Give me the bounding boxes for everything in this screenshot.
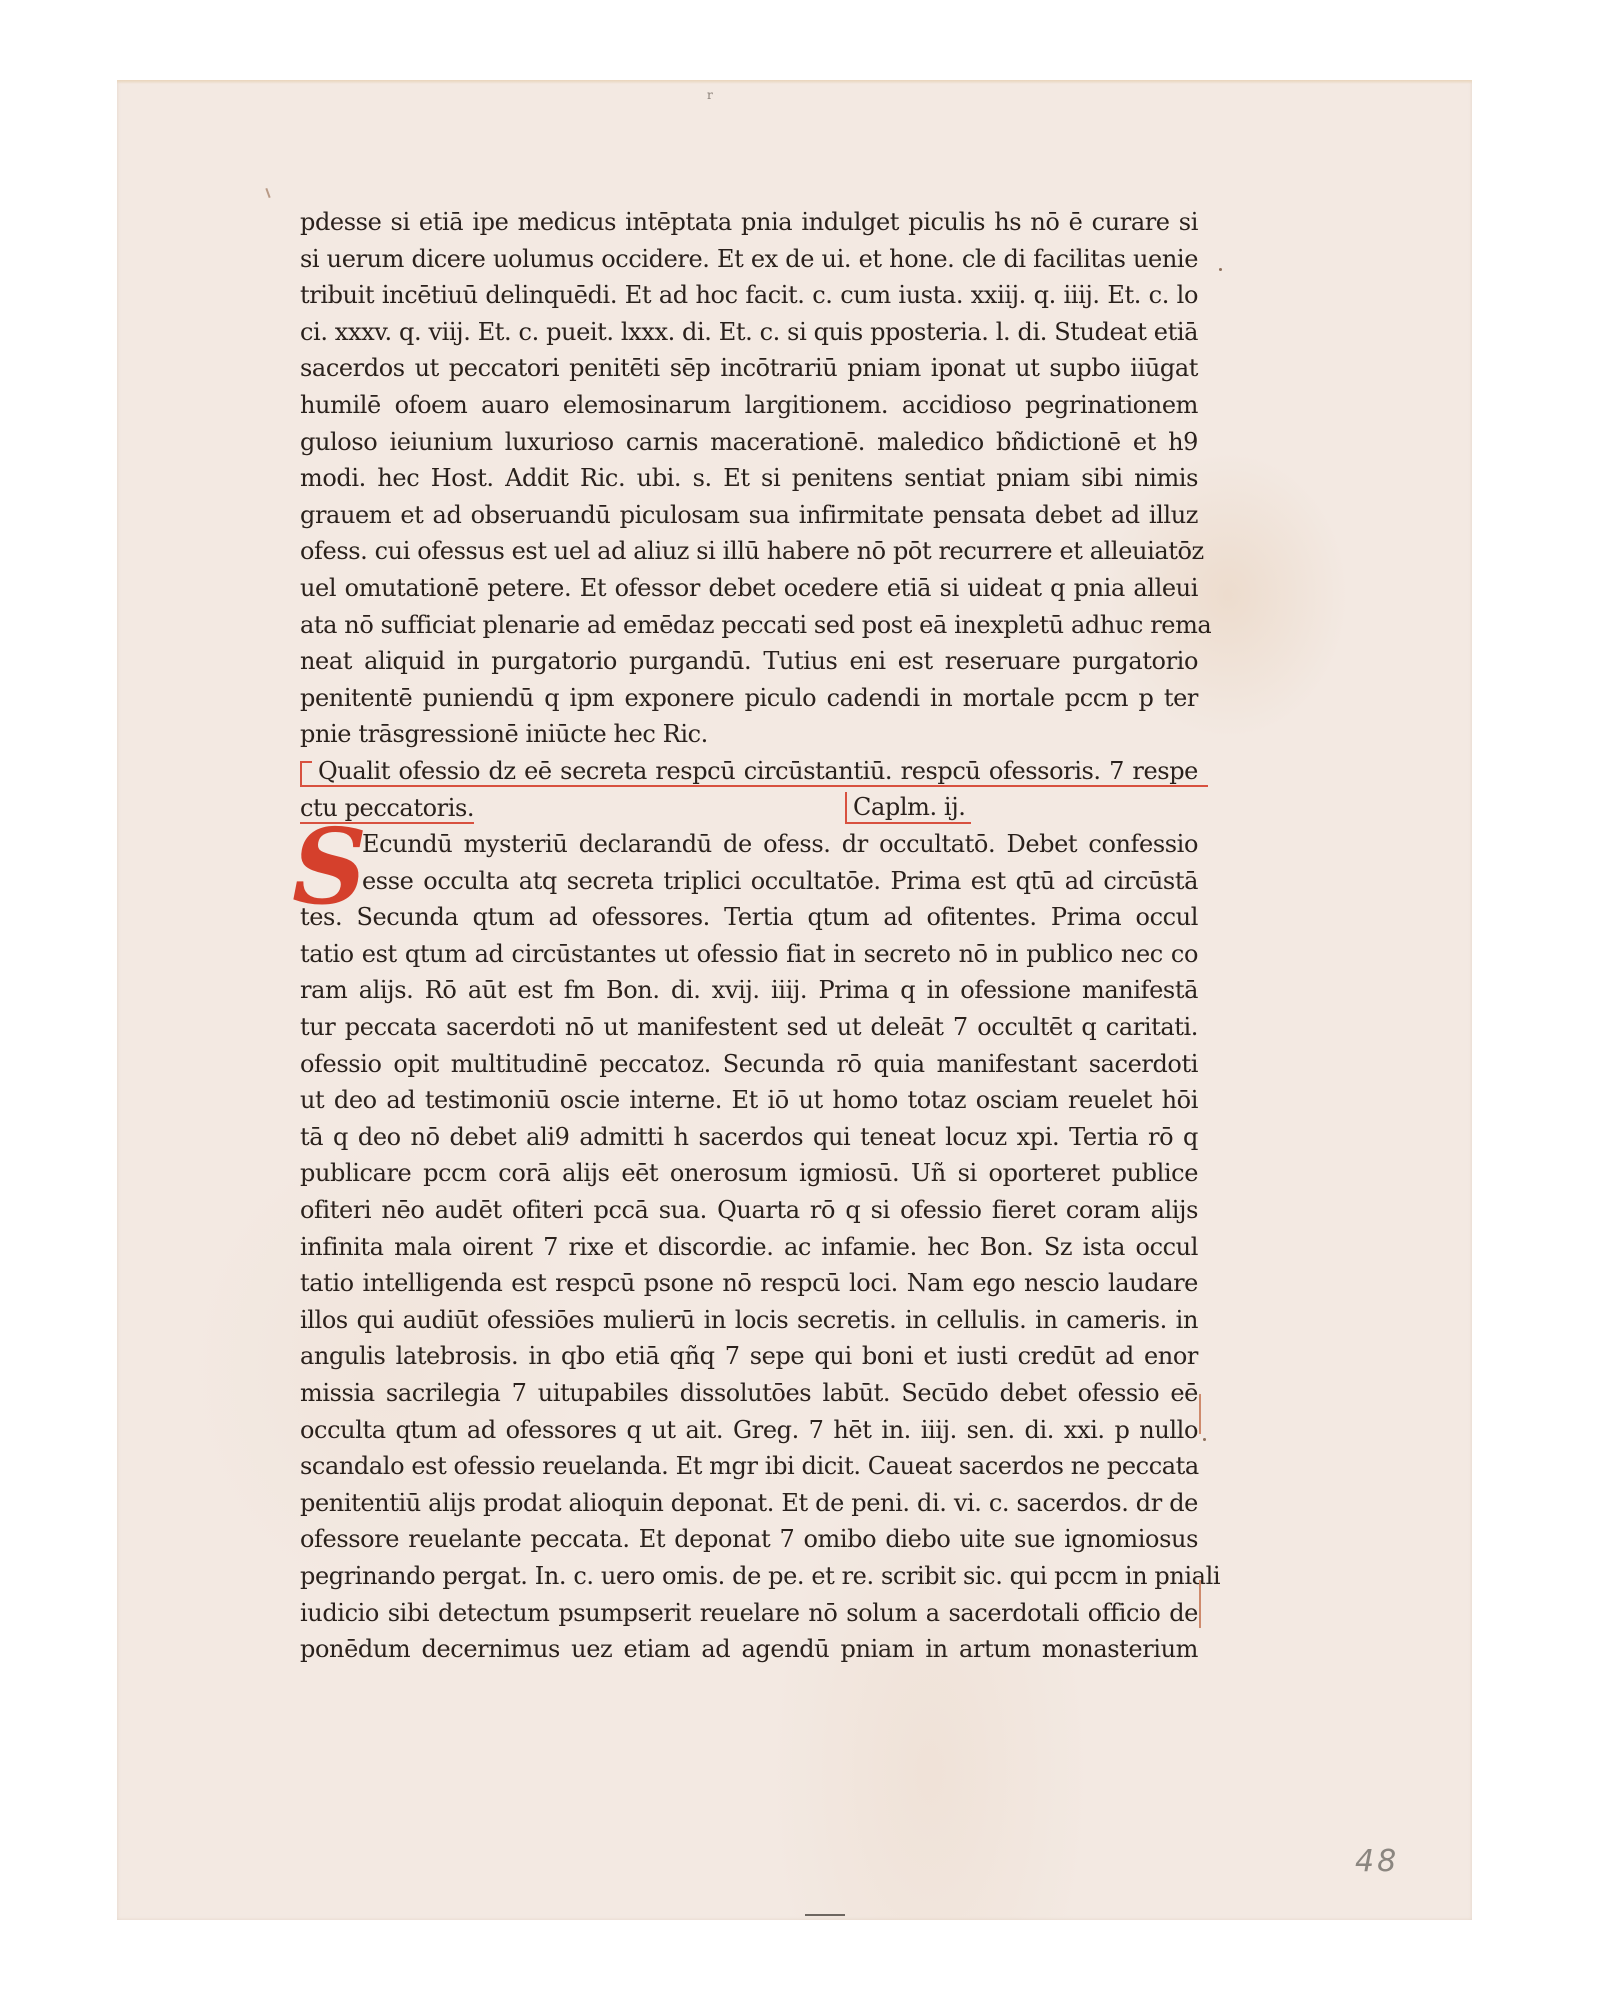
text-line: infinita mala oirent 7 rixe et discordie… xyxy=(300,1229,1198,1266)
text-line: pnie trāsgressionē iniūcte hec Ric. xyxy=(300,716,1198,753)
text-line: ci. xxxv. q. viij. Et. c. pueit. lxxx. d… xyxy=(300,314,1198,351)
text-line: modi. hec Host. Addit Ric. ubi. s. Et si… xyxy=(300,460,1198,497)
text-line: ofessore reuelante peccata. Et deponat 7… xyxy=(300,1521,1198,1558)
margin-dot xyxy=(1203,1438,1206,1441)
text-line: ata nō sufficiat plenarie ad emēdaz pecc… xyxy=(300,607,1198,644)
text-line: tribuit incētiuū delinquēdi. Et ad hoc f… xyxy=(300,277,1198,314)
text-line: missia sacrilegia 7 uitupabiles dissolut… xyxy=(300,1375,1198,1412)
margin-rule xyxy=(1199,1580,1201,1628)
text-line: ram alijs. Rō aūt est fm Bon. di. xvij. … xyxy=(300,972,1198,1009)
text-line: tā q deo nō debet ali9 admitti h sacerdo… xyxy=(300,1119,1198,1156)
text-line: pdesse si etiā ipe medicus intēptata pni… xyxy=(300,204,1198,241)
chapter-heading: Qualit ofessio dz eē secreta respcū circ… xyxy=(300,753,1198,790)
chapter-heading-continued: ctu peccatoris. Caplm. ij. xyxy=(300,790,1198,827)
text-block: pdesse si etiā ipe medicus intēptata pni… xyxy=(300,204,1198,1668)
text-line: neat aliquid in purgatorio purgandū. Tut… xyxy=(300,643,1198,680)
text-line: angulis latebrosis. in qbo etiā qñq 7 se… xyxy=(300,1338,1198,1375)
heading-text: Qualit ofessio dz eē secreta respcū circ… xyxy=(318,757,1198,785)
text-line: scandalo est ofessio reuelanda. Et mgr i… xyxy=(300,1448,1198,1485)
text-line: ofessio opit multitudinē peccatoz. Secun… xyxy=(300,1046,1198,1083)
text-line: Ecundū mysteriū declarandū de ofess. dr … xyxy=(300,826,1198,863)
margin-dot xyxy=(1219,268,1222,271)
text-line: tatio est qtum ad circūstantes ut ofessi… xyxy=(300,936,1198,973)
text-line: ofiteri nēo audēt ofiteri pccā sua. Quar… xyxy=(300,1192,1198,1229)
rubric-bracket xyxy=(300,761,312,785)
text-line: ponēdum decernimus uez etiam ad agendū p… xyxy=(300,1631,1198,1668)
text-line: esse occulta atq secreta triplici occult… xyxy=(300,863,1198,900)
bottom-mark xyxy=(805,1914,845,1916)
text-line: iudicio sibi detectum psumpserit reuelar… xyxy=(300,1595,1198,1632)
text-line: ofess. cui ofessus est uel ad aliuz si i… xyxy=(300,533,1198,570)
paper-fleck xyxy=(265,188,270,198)
text-line: tatio intelligenda est respcū psone nō r… xyxy=(300,1265,1198,1302)
text-line: occulta qtum ad ofessores q ut ait. Greg… xyxy=(300,1412,1198,1449)
text-line: ut deo ad testimoniū oscie interne. Et i… xyxy=(300,1082,1198,1119)
text-line: sacerdos ut peccatori penitēti sēp incōt… xyxy=(300,350,1198,387)
margin-rule xyxy=(1199,1394,1201,1434)
chapter-body: S Ecundū mysteriū declarandū de ofess. d… xyxy=(300,826,1198,1668)
text-line: penitentē puniendū q ipm exponere piculo… xyxy=(300,680,1198,717)
paper-edge-stain xyxy=(117,80,1472,84)
text-line: uel omutationē petere. Et ofessor debet … xyxy=(300,570,1198,607)
manuscript-leaf: r pdesse si etiā ipe medicus intēptata p… xyxy=(117,80,1472,1920)
rubric-underline xyxy=(300,785,1208,787)
signature-mark: r xyxy=(707,88,713,102)
text-line: guloso ieiunium luxurioso carnis macerat… xyxy=(300,424,1198,461)
text-line: tur peccata sacerdoti nō ut manifestent … xyxy=(300,1009,1198,1046)
folio-number: 48 xyxy=(1355,1844,1399,1879)
text-line: si uerum dicere uolumus occidere. Et ex … xyxy=(300,241,1198,278)
text-line: publicare pccm corā alijs eēt onerosum i… xyxy=(300,1155,1198,1192)
text-line: grauem et ad obseruandū piculosam sua in… xyxy=(300,497,1198,534)
text-line: pegrinando pergat. In. c. uero omis. de … xyxy=(300,1558,1198,1595)
text-line: illos qui audiūt ofessiōes mulierū in lo… xyxy=(300,1302,1198,1339)
chapter-label: Caplm. ij. xyxy=(845,792,971,824)
text-line: penitentiū alijs prodat alioquin deponat… xyxy=(300,1485,1198,1522)
text-line: tes. Secunda qtum ad ofessores. Tertia q… xyxy=(300,899,1198,936)
text-line: humilē ofoem auaro elemosinarum largitio… xyxy=(300,387,1198,424)
